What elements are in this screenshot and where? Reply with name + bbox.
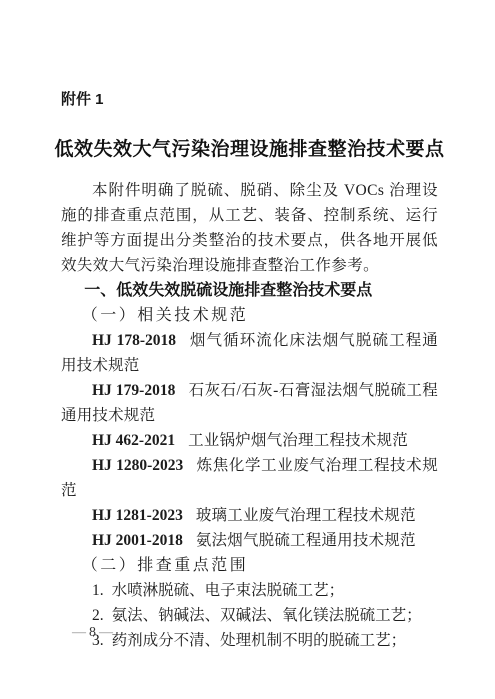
- standard-name: 氨法烟气脱硫工程通用技术规范: [196, 532, 416, 549]
- standard-code: HJ 1280-2023: [92, 457, 183, 474]
- standard-code: HJ 462-2021: [92, 432, 175, 449]
- section-1-1-heading: （一）相关技术规范: [61, 303, 438, 328]
- standard-code: HJ 178-2018: [92, 332, 176, 349]
- section-1-heading: 一、低效失效脱硫设施排查整治技术要点: [61, 278, 438, 303]
- list-item: 2.氨法、钠碱法、双碱法、氧化镁法脱硫工艺；: [61, 603, 438, 628]
- list-item-text: 药剂成分不清、处理机制不明的脱硫工艺；: [112, 632, 407, 649]
- standard-entry: HJ 1280-2023炼焦化学工业废气治理工程技术规范: [61, 453, 438, 503]
- section-1-2-heading: （二）排查重点范围: [61, 553, 438, 578]
- list-item-text: 氨法、钠碱法、双碱法、氧化镁法脱硫工艺；: [112, 607, 422, 624]
- attachment-label: 附件 1: [61, 90, 438, 110]
- list-item: 3.药剂成分不清、处理机制不明的脱硫工艺；: [61, 628, 438, 653]
- standard-entry: HJ 462-2021工业锅炉烟气治理工程技术规范: [61, 428, 438, 453]
- standard-code: HJ 179-2018: [92, 382, 175, 399]
- intro-paragraph: 本附件明确了脱硫、脱硝、除尘及 VOCs 治理设施的排查重点范围，从工艺、装备、…: [61, 178, 438, 278]
- page-number-value: 8: [89, 625, 96, 640]
- document-page: 附件 1 低效失效大气污染治理设施排查整治技术要点 本附件明确了脱硫、脱硝、除尘…: [0, 0, 495, 699]
- list-item-number: 1.: [92, 582, 104, 599]
- standard-entry: HJ 1281-2023玻璃工业废气治理工程技术规范: [61, 503, 438, 528]
- page-number: —8—: [69, 625, 116, 641]
- standard-name: 玻璃工业废气治理工程技术规范: [196, 507, 416, 524]
- standard-entry: HJ 178-2018烟气循环流化床法烟气脱硫工程通用技术规范: [61, 328, 438, 378]
- document-title: 低效失效大气污染治理设施排查整治技术要点: [49, 136, 450, 164]
- page-number-dash-left: —: [69, 625, 89, 640]
- standard-code: HJ 2001-2018: [92, 532, 183, 549]
- list-item: 1.水喷淋脱硫、电子束法脱硫工艺；: [61, 578, 438, 603]
- list-item-text: 水喷淋脱硫、电子束法脱硫工艺；: [112, 582, 345, 599]
- list-item-number: 2.: [92, 607, 104, 624]
- standard-entry: HJ 179-2018石灰石/石灰-石膏湿法烟气脱硫工程通用技术规范: [61, 378, 438, 428]
- standard-name: 工业锅炉烟气治理工程技术规范: [188, 432, 408, 449]
- standard-entry: HJ 2001-2018氨法烟气脱硫工程通用技术规范: [61, 528, 438, 553]
- page-number-dash-right: —: [96, 625, 116, 640]
- standard-code: HJ 1281-2023: [92, 507, 183, 524]
